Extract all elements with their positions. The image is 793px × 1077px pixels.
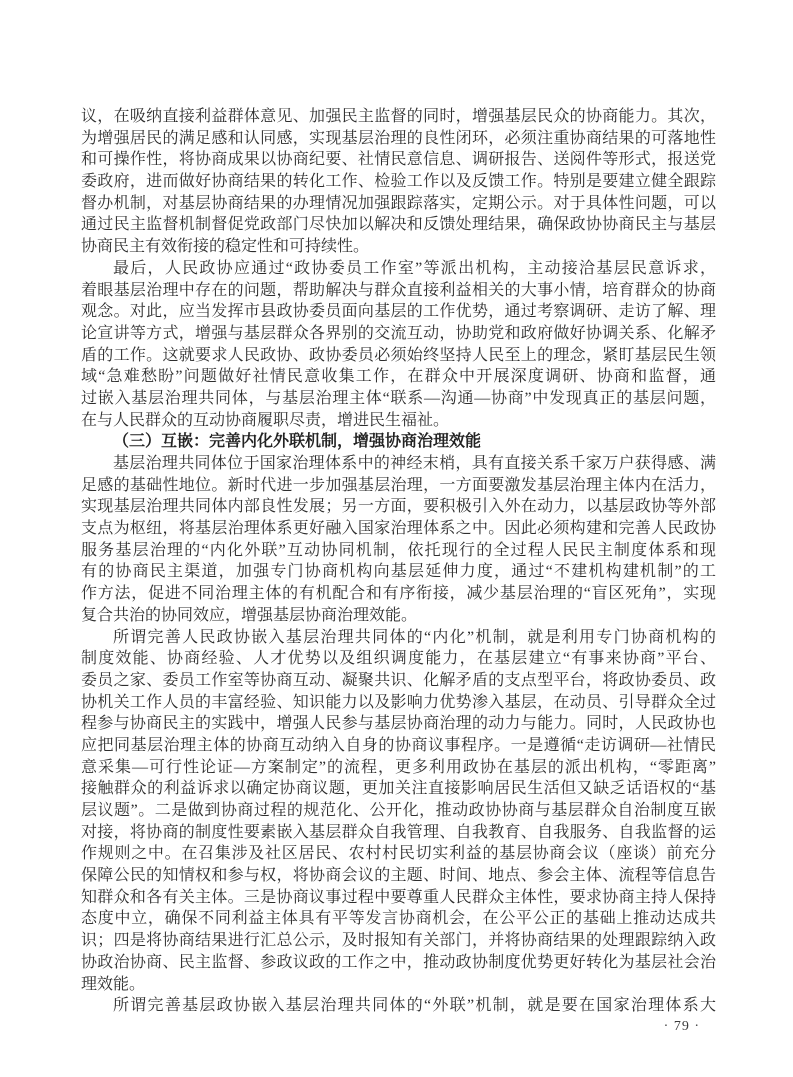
text-line: 协机关工作人员的丰富经验、知识能力以及影响力优势渗入基层，在动员、引导群众全过	[81, 692, 716, 714]
text-line: 盾的工作。这就要求人民政协、政协委员必须始终坚持人民至上的理念，紧盯基层民生领	[81, 345, 716, 367]
paragraph: 基层治理共同体位于国家治理体系中的神经末梢，具有直接关系千家万户获得感、满足感的…	[81, 453, 716, 627]
text-line: 观念。对此，应当发挥市县政协委员面向基层的工作优势，通过考察调研、走访了解、理	[81, 301, 716, 323]
text-line: 议，在吸纳直接利益群体意见、加强民主监督的同时，增强基层民众的协商能力。其次，	[81, 106, 716, 128]
paragraph: 议，在吸纳直接利益群体意见、加强民主监督的同时，增强基层民众的协商能力。其次，为…	[81, 106, 716, 258]
text-line: 委员之家、委员工作室等协商互动、凝聚共识、化解矛盾的支点型平台，将政协委员、政	[81, 670, 716, 692]
text-line: 为增强居民的满足感和认同感，实现基层治理的良性闭环，必须注重协商结果的可落地性	[81, 128, 716, 150]
text-line: 通过民主监督机制督促党政部门尽快加以解决和反馈处理结果，确保政协协商民主与基层	[81, 214, 716, 236]
text-line: 实现基层治理共同体内部良性发展；另一方面，要积极引入外在动力，以基层政协等外部	[81, 496, 716, 518]
text-line: 最后，人民政协应通过“政协委员工作室”等派出机构，主动接洽基层民意诉求，	[81, 258, 716, 280]
text-line: 过嵌入基层治理共同体，与基层治理主体“联系—沟通—协商”中发现真正的基层问题，	[81, 388, 716, 410]
text-line: 识；四是将协商结果进行汇总公示，及时报知有关部门，并将协商结果的处理跟踪纳入政	[81, 930, 716, 952]
text-line: 对接，将协商的制度性要素嵌入基层群众自我管理、自我教育、自我服务、自我监督的运	[81, 822, 716, 844]
text-line: 协商民主有效衔接的稳定性和可持续性。	[81, 236, 716, 258]
text-line: 所谓完善人民政协嵌入基层治理共同体的“内化”机制，就是利用专门协商机构的	[81, 627, 716, 649]
text-line: 复合共治的协同效应，增强基层协商治理效能。	[81, 605, 716, 627]
text-line: 基层治理共同体位于国家治理体系中的神经末梢，具有直接关系千家万户获得感、满	[81, 453, 716, 475]
text-line: 足感的基础性地位。新时代进一步加强基层治理，一方面要激发基层治理主体内在活力，	[81, 475, 716, 497]
text-line: 和可操作性，将协商成果以协商纪要、社情民意信息、调研报告、送阅件等形式，报送党	[81, 149, 716, 171]
text-line: 督办机制，对基层协商结果的办理情况加强跟踪落实，定期公示。对于具体性问题，可以	[81, 193, 716, 215]
text-line: 程参与协商民主的实践中，增强人民参与基层协商治理的动力与能力。同时，人民政协也	[81, 713, 716, 735]
paragraph: 所谓完善人民政协嵌入基层治理共同体的“内化”机制，就是利用专门协商机构的制度效能…	[81, 627, 716, 996]
text-line: 协政治协商、民主监督、参政议政的工作之中，推动政协制度优势更好转化为基层社会治	[81, 952, 716, 974]
text-line: 理效能。	[81, 974, 716, 996]
text-line: 论宣讲等方式，增强与基层群众各界别的交流互动，协助党和政府做好协调关系、化解矛	[81, 323, 716, 345]
text-line: 层议题”。二是做到协商过程的规范化、公开化，推动政协协商与基层群众自治制度互嵌	[81, 800, 716, 822]
text-line: 意采集—可行性论证—方案制定”的流程，更多利用政协在基层的派出机构，“零距离”	[81, 757, 716, 779]
text-line: 服务基层治理的“内化外联”互动协同机制，依托现行的全过程人民民主制度体系和现	[81, 540, 716, 562]
paragraph: 所谓完善基层政协嵌入基层治理共同体的“外联”机制，就是要在国家治理体系大	[81, 995, 716, 1017]
text-line: 所谓完善基层政协嵌入基层治理共同体的“外联”机制，就是要在国家治理体系大	[81, 995, 716, 1017]
paper-page: 议，在吸纳直接利益群体意见、加强民主监督的同时，增强基层民众的协商能力。其次，为…	[0, 0, 793, 1077]
text-line: 委政府，进而做好协商结果的转化工作、检验工作以及反馈工作。特别是要建立健全跟踪	[81, 171, 716, 193]
text-line: 知群众和各有关主体。三是协商议事过程中要尊重人民群众主体性，要求协商主持人保持	[81, 887, 716, 909]
text-line: 作规则之中。在召集涉及社区居民、农村村民切实利益的基层协商会议（座谈）前充分	[81, 843, 716, 865]
page-number: · 79 ·	[664, 1018, 700, 1036]
text-line: 作方法，促进不同治理主体的有机配合和有序衔接，减少基层治理的“盲区死角”，实现	[81, 583, 716, 605]
text-line: 有的协商民主渠道，加强专门协商机构向基层延伸力度，通过“不建机构建机制”的工	[81, 561, 716, 583]
text-line: 支点为枢纽，将基层治理体系更好融入国家治理体系之中。因此必须构建和完善人民政协	[81, 518, 716, 540]
text-line: 在与人民群众的互动协商履职尽责，增进民生福祉。	[81, 410, 716, 432]
paragraph: 最后，人民政协应通过“政协委员工作室”等派出机构，主动接洽基层民意诉求，着眼基层…	[81, 258, 716, 432]
text-line: 着眼基层治理中存在的问题，帮助解决与群众直接利益相关的大事小情，培育群众的协商	[81, 280, 716, 302]
text-line: 域“急难愁盼”问题做好社情民意收集工作，在群众中开展深度调研、协商和监督，通	[81, 366, 716, 388]
heading-line: （三）互嵌：完善内化外联机制，增强协商治理效能	[81, 431, 716, 453]
text-line: 态度中立，确保不同利益主体具有平等发言协商机会，在公平公正的基础上推动达成共	[81, 908, 716, 930]
text-line: 应把同基层治理主体的协商互动纳入自身的协商议事程序。一是遵循“走访调研—社情民	[81, 735, 716, 757]
text-line: 制度效能、协商经验、人才优势以及组织调度能力，在基层建立“有事来协商”平台、	[81, 648, 716, 670]
section-heading: （三）互嵌：完善内化外联机制，增强协商治理效能	[81, 431, 716, 453]
text-line: 保障公民的知情权和参与权，将协商会议的主题、时间、地点、参会主体、流程等信息告	[81, 865, 716, 887]
text-line: 接触群众的利益诉求以确定协商议题，更加关注直接影响居民生活但又缺乏话语权的“基	[81, 778, 716, 800]
text-block: 议，在吸纳直接利益群体意见、加强民主监督的同时，增强基层民众的协商能力。其次，为…	[81, 106, 716, 1017]
